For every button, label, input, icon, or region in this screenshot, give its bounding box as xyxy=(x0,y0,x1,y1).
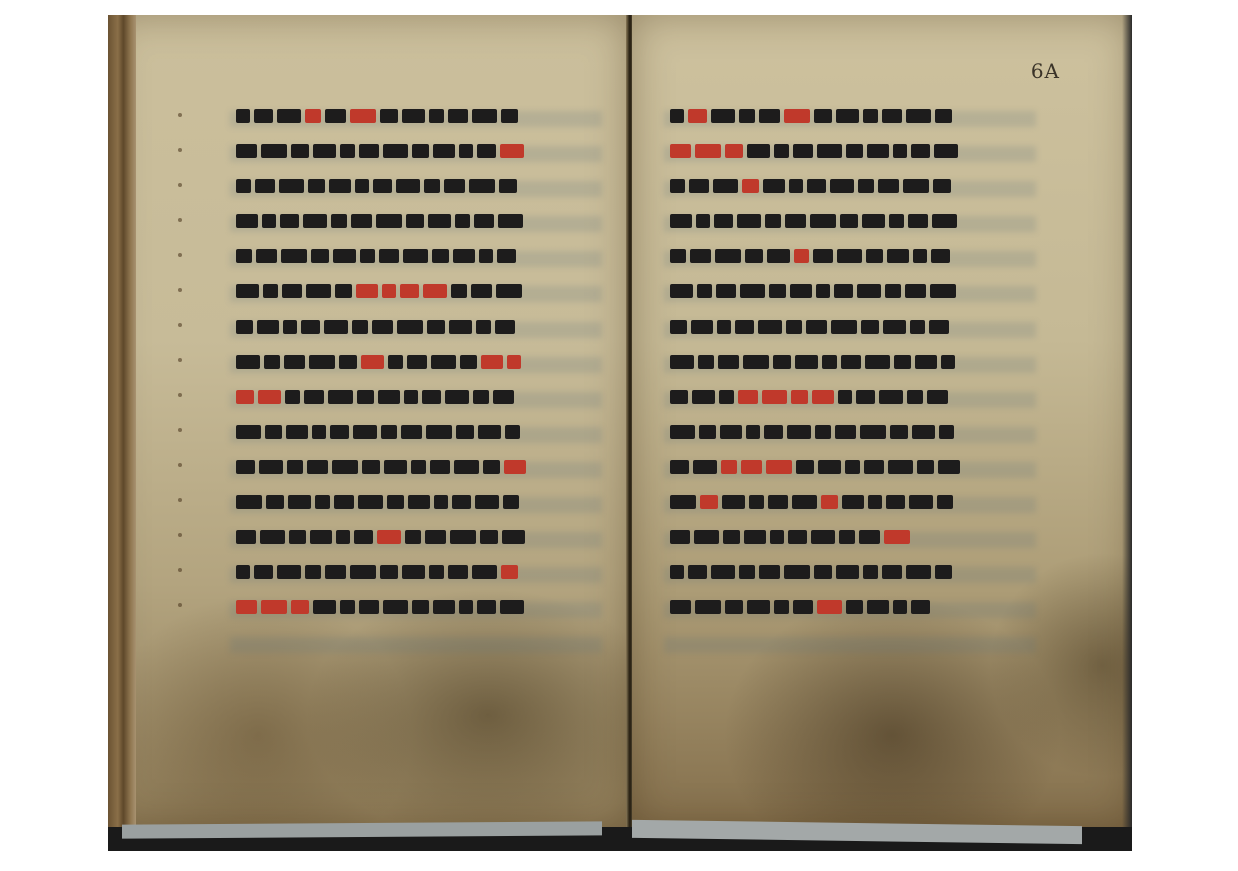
ink-glyph xyxy=(770,530,784,544)
ink-glyph xyxy=(785,214,806,228)
right-page: 6A xyxy=(632,15,1132,827)
ink-glyph xyxy=(331,214,347,228)
ink-glyph xyxy=(868,495,882,509)
ink-glyph xyxy=(695,600,721,614)
ink-glyph xyxy=(670,214,692,228)
ink-glyph xyxy=(912,425,935,439)
ink-glyph xyxy=(814,565,832,579)
ink-glyph xyxy=(383,600,408,614)
ink-glyph xyxy=(324,320,348,334)
ink-glyph xyxy=(257,320,279,334)
ink-glyph xyxy=(910,320,925,334)
ink-glyph xyxy=(263,284,278,298)
ink-glyph xyxy=(718,355,739,369)
ink-glyph xyxy=(472,109,497,123)
pricking-hole xyxy=(178,533,182,537)
pricking-hole xyxy=(178,148,182,152)
ink-glyph xyxy=(493,390,514,404)
ink-glyph xyxy=(773,355,791,369)
ink-glyph xyxy=(315,495,330,509)
rubricated-glyph xyxy=(305,109,321,123)
ink-glyph xyxy=(236,355,260,369)
ink-glyph xyxy=(304,390,324,404)
ink-glyph xyxy=(816,284,830,298)
ink-glyph xyxy=(354,530,373,544)
ink-glyph xyxy=(236,179,251,193)
ink-glyph xyxy=(835,425,856,439)
rubricated-glyph xyxy=(356,284,378,298)
page-edge-shadow xyxy=(1122,15,1132,827)
manuscript-line xyxy=(670,563,1030,581)
manuscript-line xyxy=(670,528,1030,546)
ink-glyph xyxy=(670,355,694,369)
rubricated-glyph xyxy=(236,600,257,614)
pricking-hole xyxy=(178,498,182,502)
ink-glyph xyxy=(406,214,424,228)
ink-glyph xyxy=(281,249,307,263)
ink-glyph xyxy=(236,425,261,439)
manuscript-line xyxy=(236,353,596,371)
ink-glyph xyxy=(433,144,455,158)
manuscript-line xyxy=(670,177,1030,195)
ink-glyph xyxy=(863,109,878,123)
ink-glyph xyxy=(352,320,368,334)
ink-glyph xyxy=(787,425,811,439)
ink-glyph xyxy=(460,355,477,369)
ink-glyph xyxy=(428,214,451,228)
ink-glyph xyxy=(306,284,331,298)
ink-glyph xyxy=(448,565,468,579)
ink-glyph xyxy=(796,460,814,474)
ink-glyph xyxy=(357,390,374,404)
ink-glyph xyxy=(834,284,853,298)
manuscript-line xyxy=(236,458,596,476)
ink-glyph xyxy=(858,179,874,193)
rubricated-glyph xyxy=(812,390,834,404)
ink-glyph xyxy=(747,600,770,614)
ink-glyph xyxy=(429,565,444,579)
ink-glyph xyxy=(313,144,336,158)
ink-glyph xyxy=(691,320,713,334)
manuscript-photo: 6A xyxy=(108,15,1132,851)
left-page xyxy=(108,15,628,827)
ink-glyph xyxy=(332,460,358,474)
ink-glyph xyxy=(499,179,517,193)
rubricated-glyph xyxy=(817,600,842,614)
ink-glyph xyxy=(934,144,958,158)
pricking-hole xyxy=(178,288,182,292)
ink-glyph xyxy=(454,460,479,474)
ink-glyph xyxy=(452,495,471,509)
rubricated-glyph xyxy=(361,355,384,369)
rubricated-glyph xyxy=(721,460,737,474)
ink-glyph xyxy=(283,320,297,334)
ink-glyph xyxy=(262,214,276,228)
ink-glyph xyxy=(939,425,954,439)
ink-glyph xyxy=(846,144,863,158)
ink-glyph xyxy=(740,284,765,298)
ink-glyph xyxy=(280,214,299,228)
rubricated-glyph xyxy=(884,530,910,544)
ink-glyph xyxy=(739,565,755,579)
ink-glyph xyxy=(411,460,426,474)
ink-glyph xyxy=(806,320,827,334)
ink-glyph xyxy=(867,144,889,158)
ink-glyph xyxy=(763,179,785,193)
ink-glyph xyxy=(810,214,836,228)
ink-glyph xyxy=(284,355,305,369)
ink-glyph xyxy=(838,390,852,404)
binding-edge xyxy=(108,15,136,827)
ink-glyph xyxy=(935,565,952,579)
rubricated-glyph xyxy=(507,355,521,369)
ink-glyph xyxy=(503,495,519,509)
ink-glyph xyxy=(915,355,937,369)
ink-glyph xyxy=(502,530,525,544)
ink-glyph xyxy=(456,425,474,439)
ink-glyph xyxy=(277,565,301,579)
ink-glyph xyxy=(310,530,332,544)
manuscript-line xyxy=(236,423,596,441)
ink-glyph xyxy=(236,460,255,474)
ink-glyph xyxy=(861,320,879,334)
ink-glyph xyxy=(305,565,321,579)
rubricated-glyph xyxy=(423,284,447,298)
pricking-hole xyxy=(178,253,182,257)
ink-glyph xyxy=(254,109,273,123)
ink-glyph xyxy=(882,109,902,123)
ink-glyph xyxy=(790,284,812,298)
ink-glyph xyxy=(930,284,956,298)
ink-glyph xyxy=(894,355,911,369)
ink-glyph xyxy=(746,425,760,439)
ink-glyph xyxy=(814,109,832,123)
rubricated-glyph xyxy=(695,144,721,158)
ink-glyph xyxy=(387,495,404,509)
ink-glyph xyxy=(903,179,929,193)
ink-glyph xyxy=(325,109,346,123)
ink-glyph xyxy=(767,249,790,263)
ink-glyph xyxy=(938,460,960,474)
ink-glyph xyxy=(744,530,766,544)
ink-glyph xyxy=(427,320,445,334)
ink-glyph xyxy=(426,425,452,439)
ink-glyph xyxy=(774,600,789,614)
rubricated-glyph xyxy=(784,109,810,123)
ink-glyph xyxy=(388,355,403,369)
ink-glyph xyxy=(353,425,377,439)
ink-glyph xyxy=(359,600,379,614)
ink-glyph xyxy=(479,249,493,263)
ink-glyph xyxy=(339,355,357,369)
ink-glyph xyxy=(882,565,902,579)
ink-glyph xyxy=(890,425,908,439)
pricking-hole xyxy=(178,463,182,467)
ink-glyph xyxy=(259,460,283,474)
ink-glyph xyxy=(325,565,346,579)
ink-glyph xyxy=(862,214,885,228)
ink-glyph xyxy=(859,530,880,544)
ink-glyph xyxy=(841,355,861,369)
ink-glyph xyxy=(714,214,733,228)
pricking-hole xyxy=(178,358,182,362)
ink-glyph xyxy=(749,495,764,509)
ink-glyph xyxy=(743,355,769,369)
ink-glyph xyxy=(696,214,710,228)
ink-glyph xyxy=(786,320,802,334)
ink-glyph xyxy=(747,144,770,158)
ink-glyph xyxy=(670,425,695,439)
ink-glyph xyxy=(475,495,499,509)
ink-glyph xyxy=(359,144,379,158)
rubricated-glyph xyxy=(688,109,707,123)
under-leaf-left xyxy=(122,821,602,838)
ink-glyph xyxy=(716,284,736,298)
ink-glyph xyxy=(670,284,693,298)
ink-glyph xyxy=(815,425,831,439)
ink-glyph xyxy=(291,144,309,158)
ink-glyph xyxy=(818,460,841,474)
right-text-block xyxy=(670,107,1030,669)
ink-glyph xyxy=(836,109,859,123)
ink-glyph xyxy=(692,390,715,404)
ink-glyph xyxy=(373,179,392,193)
ink-glyph xyxy=(846,600,863,614)
ink-glyph xyxy=(403,249,428,263)
rubricated-glyph xyxy=(400,284,419,298)
rubricated-glyph xyxy=(481,355,503,369)
ink-glyph xyxy=(905,284,926,298)
ink-glyph xyxy=(670,390,688,404)
ink-glyph xyxy=(831,320,857,334)
ink-glyph xyxy=(236,109,250,123)
ink-glyph xyxy=(911,144,930,158)
ink-glyph xyxy=(449,320,472,334)
ink-glyph xyxy=(372,320,393,334)
ink-glyph xyxy=(863,565,878,579)
ink-glyph xyxy=(255,179,275,193)
ink-glyph xyxy=(699,425,716,439)
ink-glyph xyxy=(335,284,352,298)
ink-glyph xyxy=(498,214,523,228)
ink-glyph xyxy=(474,214,494,228)
ink-glyph xyxy=(340,600,355,614)
ink-glyph xyxy=(265,425,282,439)
ink-glyph xyxy=(866,249,883,263)
pricking-hole xyxy=(178,323,182,327)
ink-glyph xyxy=(289,530,306,544)
ink-glyph xyxy=(813,249,833,263)
ink-glyph xyxy=(412,600,429,614)
ink-glyph xyxy=(886,495,905,509)
ink-glyph xyxy=(839,530,855,544)
ink-glyph xyxy=(236,565,250,579)
ink-glyph xyxy=(336,530,350,544)
ink-glyph xyxy=(768,495,788,509)
ink-glyph xyxy=(483,460,500,474)
ink-glyph xyxy=(860,425,886,439)
ink-glyph xyxy=(471,284,492,298)
ink-glyph xyxy=(351,214,372,228)
ink-glyph xyxy=(282,284,302,298)
manuscript-line xyxy=(670,388,1030,406)
ink-glyph xyxy=(505,425,520,439)
ink-glyph xyxy=(917,460,934,474)
ink-glyph xyxy=(933,179,951,193)
manuscript-line xyxy=(670,598,1030,616)
ink-glyph xyxy=(312,425,326,439)
rubricated-glyph xyxy=(261,600,287,614)
ink-glyph xyxy=(448,109,468,123)
ink-glyph xyxy=(301,320,320,334)
ink-glyph xyxy=(451,284,467,298)
ink-glyph xyxy=(715,249,741,263)
rubricated-glyph xyxy=(738,390,758,404)
ink-glyph xyxy=(865,355,890,369)
ink-glyph xyxy=(444,179,465,193)
rubricated-glyph xyxy=(500,144,524,158)
manuscript-line xyxy=(236,318,596,336)
ink-glyph xyxy=(769,284,786,298)
ink-glyph xyxy=(396,179,420,193)
folio-number: 6A xyxy=(1031,59,1060,83)
ink-glyph xyxy=(792,495,817,509)
ink-glyph xyxy=(784,565,810,579)
ink-glyph xyxy=(822,355,837,369)
ink-glyph xyxy=(735,320,754,334)
ink-glyph xyxy=(236,320,253,334)
ink-glyph xyxy=(236,249,252,263)
rubricated-glyph xyxy=(350,109,376,123)
manuscript-line xyxy=(236,493,596,511)
ink-glyph xyxy=(236,495,262,509)
left-text-block xyxy=(236,107,596,669)
ink-glyph xyxy=(330,425,349,439)
ink-glyph xyxy=(477,600,496,614)
ink-glyph xyxy=(739,109,755,123)
ink-glyph xyxy=(236,214,258,228)
ink-glyph xyxy=(670,600,691,614)
ink-glyph xyxy=(929,320,949,334)
ink-glyph xyxy=(378,390,400,404)
ink-glyph xyxy=(236,144,257,158)
manuscript-line xyxy=(236,633,596,651)
ink-glyph xyxy=(379,249,399,263)
ink-glyph xyxy=(459,600,473,614)
ink-glyph xyxy=(285,390,300,404)
ink-glyph xyxy=(473,390,489,404)
ink-glyph xyxy=(402,565,425,579)
manuscript-line xyxy=(670,318,1030,336)
ink-glyph xyxy=(758,320,782,334)
ink-glyph xyxy=(328,390,353,404)
ink-glyph xyxy=(937,495,953,509)
ink-glyph xyxy=(381,425,397,439)
manuscript-line xyxy=(670,212,1030,230)
ink-glyph xyxy=(698,355,714,369)
ink-glyph xyxy=(333,249,356,263)
ink-glyph xyxy=(840,214,858,228)
ink-glyph xyxy=(883,320,906,334)
ink-glyph xyxy=(856,390,875,404)
ink-glyph xyxy=(795,355,818,369)
manuscript-line xyxy=(236,247,596,265)
ink-glyph xyxy=(913,249,927,263)
ink-glyph xyxy=(424,179,440,193)
ink-glyph xyxy=(879,390,903,404)
rubricated-glyph xyxy=(501,565,518,579)
ink-glyph xyxy=(725,600,743,614)
ink-glyph xyxy=(765,214,781,228)
ink-glyph xyxy=(496,284,522,298)
ink-glyph xyxy=(264,355,280,369)
ink-glyph xyxy=(266,495,284,509)
ink-glyph xyxy=(472,565,497,579)
ink-glyph xyxy=(279,179,304,193)
ink-glyph xyxy=(476,320,491,334)
ink-glyph xyxy=(404,390,418,404)
ink-glyph xyxy=(261,144,287,158)
ink-glyph xyxy=(745,249,763,263)
ink-glyph xyxy=(893,144,907,158)
ink-glyph xyxy=(717,320,731,334)
ink-glyph xyxy=(254,565,273,579)
ink-glyph xyxy=(383,144,408,158)
ink-glyph xyxy=(455,214,470,228)
ink-glyph xyxy=(723,530,740,544)
ink-glyph xyxy=(277,109,301,123)
ink-glyph xyxy=(670,109,684,123)
rubricated-glyph xyxy=(382,284,396,298)
ink-glyph xyxy=(303,214,327,228)
ink-glyph xyxy=(836,565,859,579)
manuscript-line xyxy=(670,142,1030,160)
ink-glyph xyxy=(893,600,907,614)
rubricated-glyph xyxy=(725,144,743,158)
ink-glyph xyxy=(430,460,450,474)
ink-glyph xyxy=(842,495,864,509)
manuscript-line xyxy=(236,528,596,546)
ink-glyph xyxy=(497,249,516,263)
manuscript-line xyxy=(670,423,1030,441)
ink-glyph xyxy=(670,320,687,334)
ink-glyph xyxy=(737,214,761,228)
ink-glyph xyxy=(689,179,709,193)
manuscript-line xyxy=(670,458,1030,476)
ink-glyph xyxy=(789,179,803,193)
manuscript-line xyxy=(670,633,1030,651)
manuscript-line xyxy=(236,598,596,616)
ink-glyph xyxy=(422,390,441,404)
rubricated-glyph xyxy=(700,495,718,509)
rubricated-glyph xyxy=(794,249,809,263)
ink-glyph xyxy=(889,214,904,228)
ink-glyph xyxy=(412,144,429,158)
manuscript-line xyxy=(670,282,1030,300)
ink-glyph xyxy=(845,460,860,474)
ink-glyph xyxy=(384,460,407,474)
manuscript-line xyxy=(236,177,596,195)
ink-glyph xyxy=(690,249,711,263)
ink-glyph xyxy=(759,565,780,579)
ink-glyph xyxy=(334,495,354,509)
ink-glyph xyxy=(932,214,957,228)
ink-glyph xyxy=(500,600,524,614)
ink-glyph xyxy=(376,214,402,228)
manuscript-line xyxy=(670,247,1030,265)
ink-glyph xyxy=(288,495,311,509)
ink-glyph xyxy=(469,179,495,193)
